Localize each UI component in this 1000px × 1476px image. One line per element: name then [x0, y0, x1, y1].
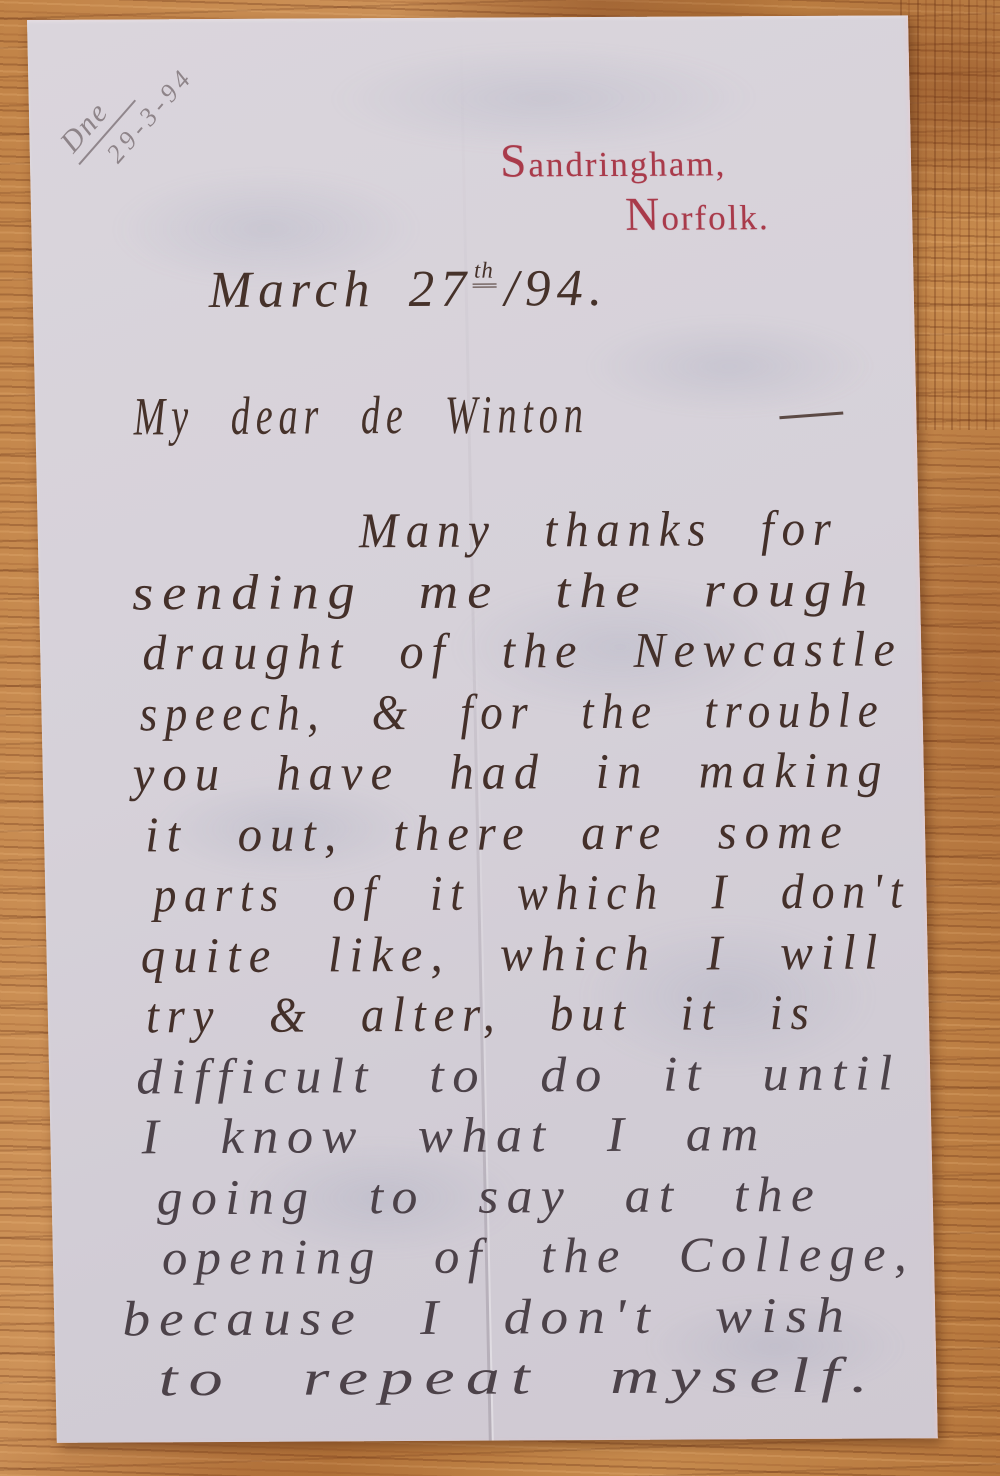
wood-surface: Dne 29-3-94 Sandringham, Norfolk. March …	[0, 0, 1000, 1476]
handwriting-line: it out, there are some	[144, 801, 925, 866]
handwriting-line: I know what I am	[141, 1103, 932, 1168]
date-line: March 27th/94.	[208, 257, 608, 320]
handwriting-line: opening of the College,	[161, 1224, 934, 1289]
letterhead-estate-name: Sandringham,	[500, 144, 727, 185]
salutation-text: My dear de Winton	[133, 383, 590, 447]
handwriting-line: parts of it which I don't	[153, 861, 927, 926]
date-ordinal-suffix: th	[472, 258, 496, 288]
handwriting-line: to repeat myself.	[158, 1345, 937, 1410]
handwriting-line: Many thanks for	[358, 498, 919, 561]
handwriting-line: try & alter, but it is	[145, 982, 929, 1047]
handwriting-line: going to say at the	[156, 1164, 933, 1229]
handwriting-line: draught of the Newcastle	[142, 619, 922, 684]
date-month-day: March 27	[208, 261, 473, 319]
handwriting-line: you have had in making	[132, 740, 924, 805]
handwriting-line: quite like, which I will	[140, 922, 928, 987]
salutation: My dear de Winton	[133, 382, 845, 448]
letter-paper: Dne 29-3-94 Sandringham, Norfolk. March …	[27, 15, 938, 1442]
letterhead-county-name: Norfolk.	[625, 198, 770, 239]
ink-showthrough	[328, 42, 760, 154]
handwriting-line: because I don't wish	[122, 1285, 936, 1350]
letter-body: Many thanks for sending me the rough dra…	[37, 498, 937, 1410]
handwriting-line: speech, & for the trouble	[139, 680, 923, 745]
handwriting-line: difficult to do it until	[136, 1043, 931, 1108]
handwriting-line: sending me the rough	[131, 559, 920, 624]
date-year: /94.	[504, 260, 609, 318]
